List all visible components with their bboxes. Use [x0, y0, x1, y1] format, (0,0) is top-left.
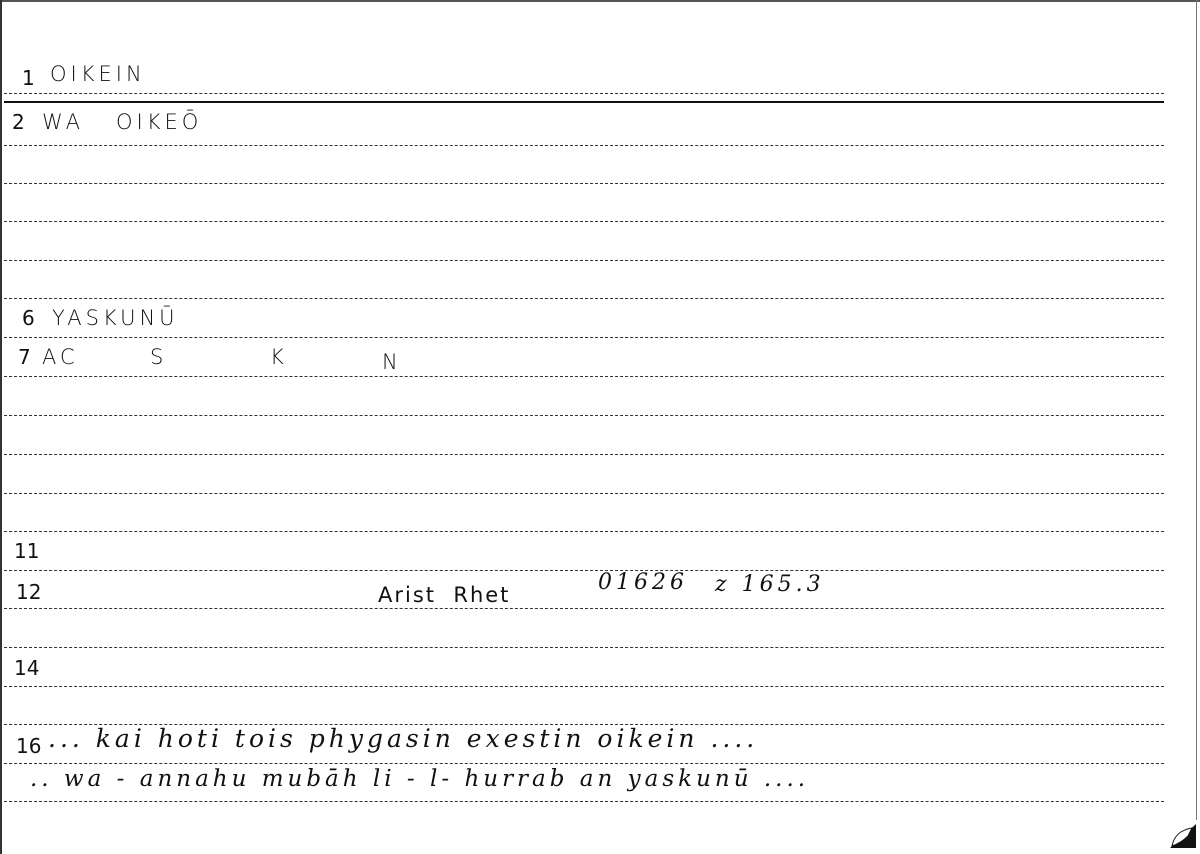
rule-line — [4, 570, 1164, 571]
line-text: OIKEIN — [50, 62, 146, 86]
column-k: K — [270, 345, 288, 369]
card-frame-top — [0, 0, 1200, 2]
rule-line — [4, 454, 1164, 455]
reference-number: 01626 — [598, 570, 688, 595]
rule-line — [4, 93, 1164, 94]
line-number: 14 — [14, 656, 39, 680]
rule-line — [4, 686, 1164, 687]
rule-line — [4, 647, 1164, 648]
rule-line — [4, 801, 1164, 802]
line-number: 12 — [16, 580, 41, 604]
rule-line — [4, 763, 1164, 764]
page-reference: z 165.3 — [715, 572, 825, 597]
folded-corner-icon — [1168, 822, 1198, 850]
rule-line — [4, 337, 1164, 338]
rule-line — [4, 415, 1164, 416]
line-number: 6 — [22, 306, 35, 330]
line-number: 1 — [22, 66, 35, 90]
line-text: YASKUNŪ — [52, 306, 179, 330]
rule-line — [4, 531, 1164, 532]
column-n: N — [382, 350, 402, 374]
greek-transliteration: ... kai hoti tois phygasin exestin oikei… — [48, 724, 758, 753]
rule-line — [4, 298, 1164, 299]
source-citation: Arist Rhet — [378, 583, 510, 607]
rule-line — [4, 145, 1164, 146]
line-text: AC — [42, 345, 79, 369]
rule-line — [4, 260, 1164, 261]
rule-line — [4, 376, 1164, 377]
card-frame-right — [1196, 0, 1197, 820]
rule-line — [4, 493, 1164, 494]
line-text: WA OIKEŌ — [42, 110, 202, 134]
rule-line — [4, 221, 1164, 222]
arabic-transliteration: .. wa - annahu mubāh li - l- hurrab an y… — [30, 766, 809, 792]
rule-line — [4, 183, 1164, 184]
card-frame-left — [0, 0, 2, 854]
line-number: 2 — [12, 110, 25, 134]
column-s: S — [150, 345, 167, 369]
line-number: 7 — [18, 345, 31, 369]
line-number: 16 — [16, 734, 41, 758]
rule-line-double — [4, 101, 1164, 103]
rule-line — [4, 608, 1164, 609]
line-number: 11 — [14, 539, 39, 563]
